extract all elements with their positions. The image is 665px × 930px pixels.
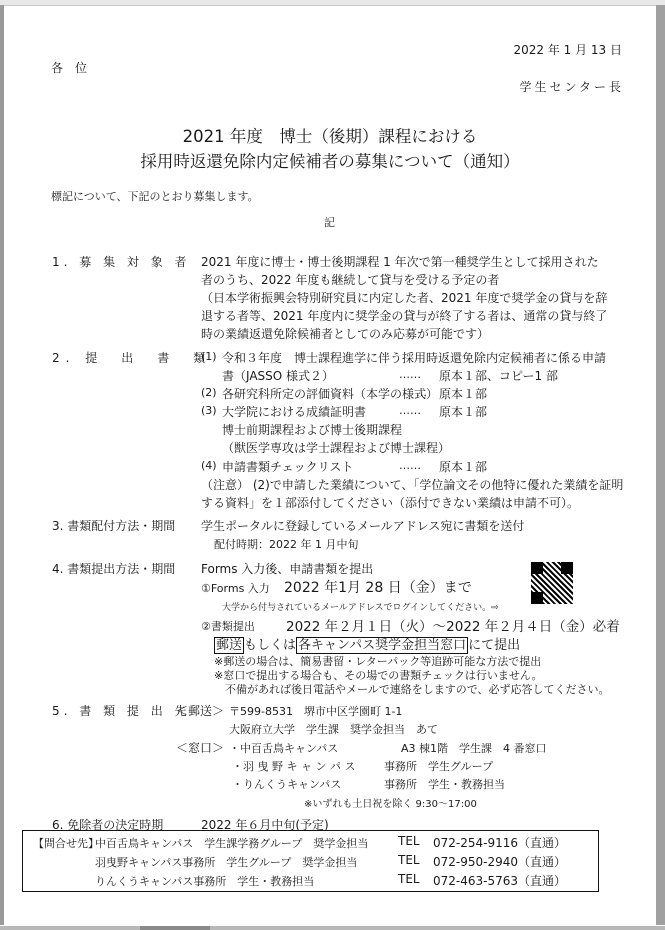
forms-login-note: 大学から付与されているメールアドレスでログインしてください。⇨	[222, 600, 499, 613]
contact-tel-label: TEL	[398, 872, 420, 886]
vertical-scrollbar[interactable]	[656, 5, 665, 925]
document-page: 2022 年 1 月 13 日 各 位 学生センター長 2021 年度 博士（後…	[4, 6, 656, 926]
method-window: 各キャンパス奨学金担当窓口	[296, 637, 468, 654]
doc-item-text: 大学院における成績証明書	[222, 403, 366, 420]
contact-office: 羽曳野キャンパス事務所 学生グループ 奨学金担当	[95, 854, 357, 870]
document-date: 2022 年 1 月 13 日	[513, 41, 622, 58]
window-hours: ※いずれも土日祝を除く 9:30～17:00	[304, 795, 477, 810]
contact-box: 【問合せ先】 中百舌鳥キャンパス 学生課学務グループ 奨学金担当 TEL 072…	[22, 830, 599, 892]
section-1-line: 2021 年度に博士・博士後期課程 1 年次で第一種奨学生として採用された	[201, 253, 599, 270]
title-line-2: 採用時返還免除内定候補者の募集について（通知）	[4, 148, 656, 172]
section-3-line: 配付時期：2022 年 1 月中旬	[214, 536, 358, 552]
section-2-note: （注意） (2)で申請した業績について、「学位論文その他特に優れた業績を証明	[201, 476, 623, 493]
section-1-line: 者のうち、2022 年度も継続して貸与を受ける予定の者	[201, 271, 499, 288]
window-place: 事務所 学生グループ	[384, 758, 493, 774]
doc-item-dots: ……	[399, 404, 421, 417]
submit-note: 不備があれば後日電話やメールで連絡をしますので、必ず応答してください。	[214, 681, 610, 697]
section-2-label: 2. 提 出 書 類	[52, 349, 211, 366]
doc-item-qty: 原本１部	[439, 403, 487, 420]
doc-item-qty: 原本１部	[439, 458, 487, 475]
horizontal-scrollbar[interactable]	[0, 926, 665, 930]
mail-tag: ＜郵送＞	[176, 702, 224, 719]
sender: 学生センター長	[519, 78, 624, 95]
window-campus: ・中百舌鳥キャンパス	[229, 740, 338, 756]
title-line-1: 2021 年度 博士（後期）課程における	[4, 123, 656, 147]
section-1-label: 1. 募 集 対 象 者	[52, 253, 191, 270]
submit-label: ②書類提出	[201, 618, 255, 634]
doc-item-num: (3)	[201, 404, 217, 417]
contact-tel: 072-950-2940（直通）	[433, 853, 566, 870]
doc-item-text: 令和３年度 博士課程進学に伴う採用時返還免除内定候補者に係る申請	[222, 349, 606, 366]
doc-item-text: 申請書類チェックリスト	[222, 458, 353, 475]
section-3-line: 学生ポータルに登録しているメールアドレス宛に書類を送付	[201, 517, 524, 534]
doc-item-dots: ……	[399, 459, 421, 472]
intro-text: 標記について、下記のとおり募集します。	[51, 188, 259, 204]
contact-tel-label: TEL	[398, 834, 420, 848]
forms-label: ①Forms 入力	[201, 580, 270, 596]
window-campus: ・羽 曳 野 キ ャ ン パ ス	[232, 758, 355, 774]
contact-tel: 072-254-9116（直通）	[433, 834, 566, 851]
section-3-label: 3. 書類配付方法・期間	[52, 517, 175, 534]
section-1-line: 退する者等、2021 年度内に奨学金の貸与が終了する者は、通常の貸与終了	[201, 307, 607, 324]
section-4-line: Forms 入力後、申請書類を提出	[201, 560, 373, 577]
doc-item-num: (2)	[201, 386, 217, 399]
doc-item-text: 博士前期課程および博士後期課程	[222, 421, 402, 438]
method-suffix: にて提出	[468, 638, 520, 653]
mail-address-line: 〒599-8531 堺市中区学園町 1-1	[229, 703, 402, 719]
ki-heading: 記	[324, 214, 335, 230]
contact-tel: 072-463-5763（直通）	[433, 872, 566, 889]
doc-item-text: 各研究科所定の評価資料（本学の様式）	[222, 385, 438, 402]
section-5-label: 5. 書 類 提 出 先	[52, 702, 191, 719]
section-4-label: 4. 書類提出方法・期間	[52, 560, 175, 577]
doc-item-text: 書（JASSO 様式２）	[222, 367, 334, 384]
submit-methods: 郵送もしくは各キャンパス奨学金担当窓口にて提出	[214, 634, 520, 653]
doc-item-qty: 原本１部、コピー1 部	[439, 367, 558, 384]
qr-code[interactable]	[531, 562, 573, 604]
section-1-line: 時の業績返還免除候補者としてのみ応募が可能です）	[201, 325, 489, 342]
contact-tel-label: TEL	[398, 853, 420, 867]
forms-deadline: 2022 年1月 28 日（金）まで	[284, 577, 472, 597]
method-mail: 郵送	[214, 637, 244, 654]
contact-office: りんくうキャンパス事務所 学生・教務担当	[95, 873, 314, 889]
window-tag: ＜窓口＞	[176, 739, 224, 756]
window-place: A3 棟1階 学生課 4 番窓口	[401, 740, 547, 756]
contact-tag: 【問合せ先】	[33, 835, 99, 851]
section-1-line: （日本学術振興会特別研究員に内定した者、2021 年度で奨学金の貸与を辞	[201, 289, 607, 306]
doc-item-dots: …	[416, 386, 427, 399]
doc-item-text: （獣医学専攻は学士課程および博士課程）	[222, 439, 450, 456]
addressee: 各 位	[51, 59, 87, 76]
doc-item-num: (1)	[201, 350, 217, 363]
section-2-note: する資料」を１部添付してください（添付できない業績は申請不可）。	[201, 494, 579, 511]
window-place: 事務所 学生・教務担当	[384, 776, 505, 792]
submit-period: 2022 年２月１日（火）～2022 年２月４日（金）必着	[286, 615, 620, 635]
doc-item-qty: 原本１部	[439, 385, 487, 402]
doc-item-num: (4)	[201, 459, 217, 472]
window-campus: ・りんくうキャンパス	[232, 776, 341, 792]
contact-office: 中百舌鳥キャンパス 学生課学務グループ 奨学金担当	[95, 835, 368, 851]
mail-address-line: 大阪府立大学 学生課 奨学金担当 あて	[229, 721, 438, 737]
doc-item-dots: ……	[399, 368, 421, 381]
horizontal-scroll-thumb[interactable]	[140, 926, 210, 930]
method-or: もしくは	[244, 638, 296, 653]
